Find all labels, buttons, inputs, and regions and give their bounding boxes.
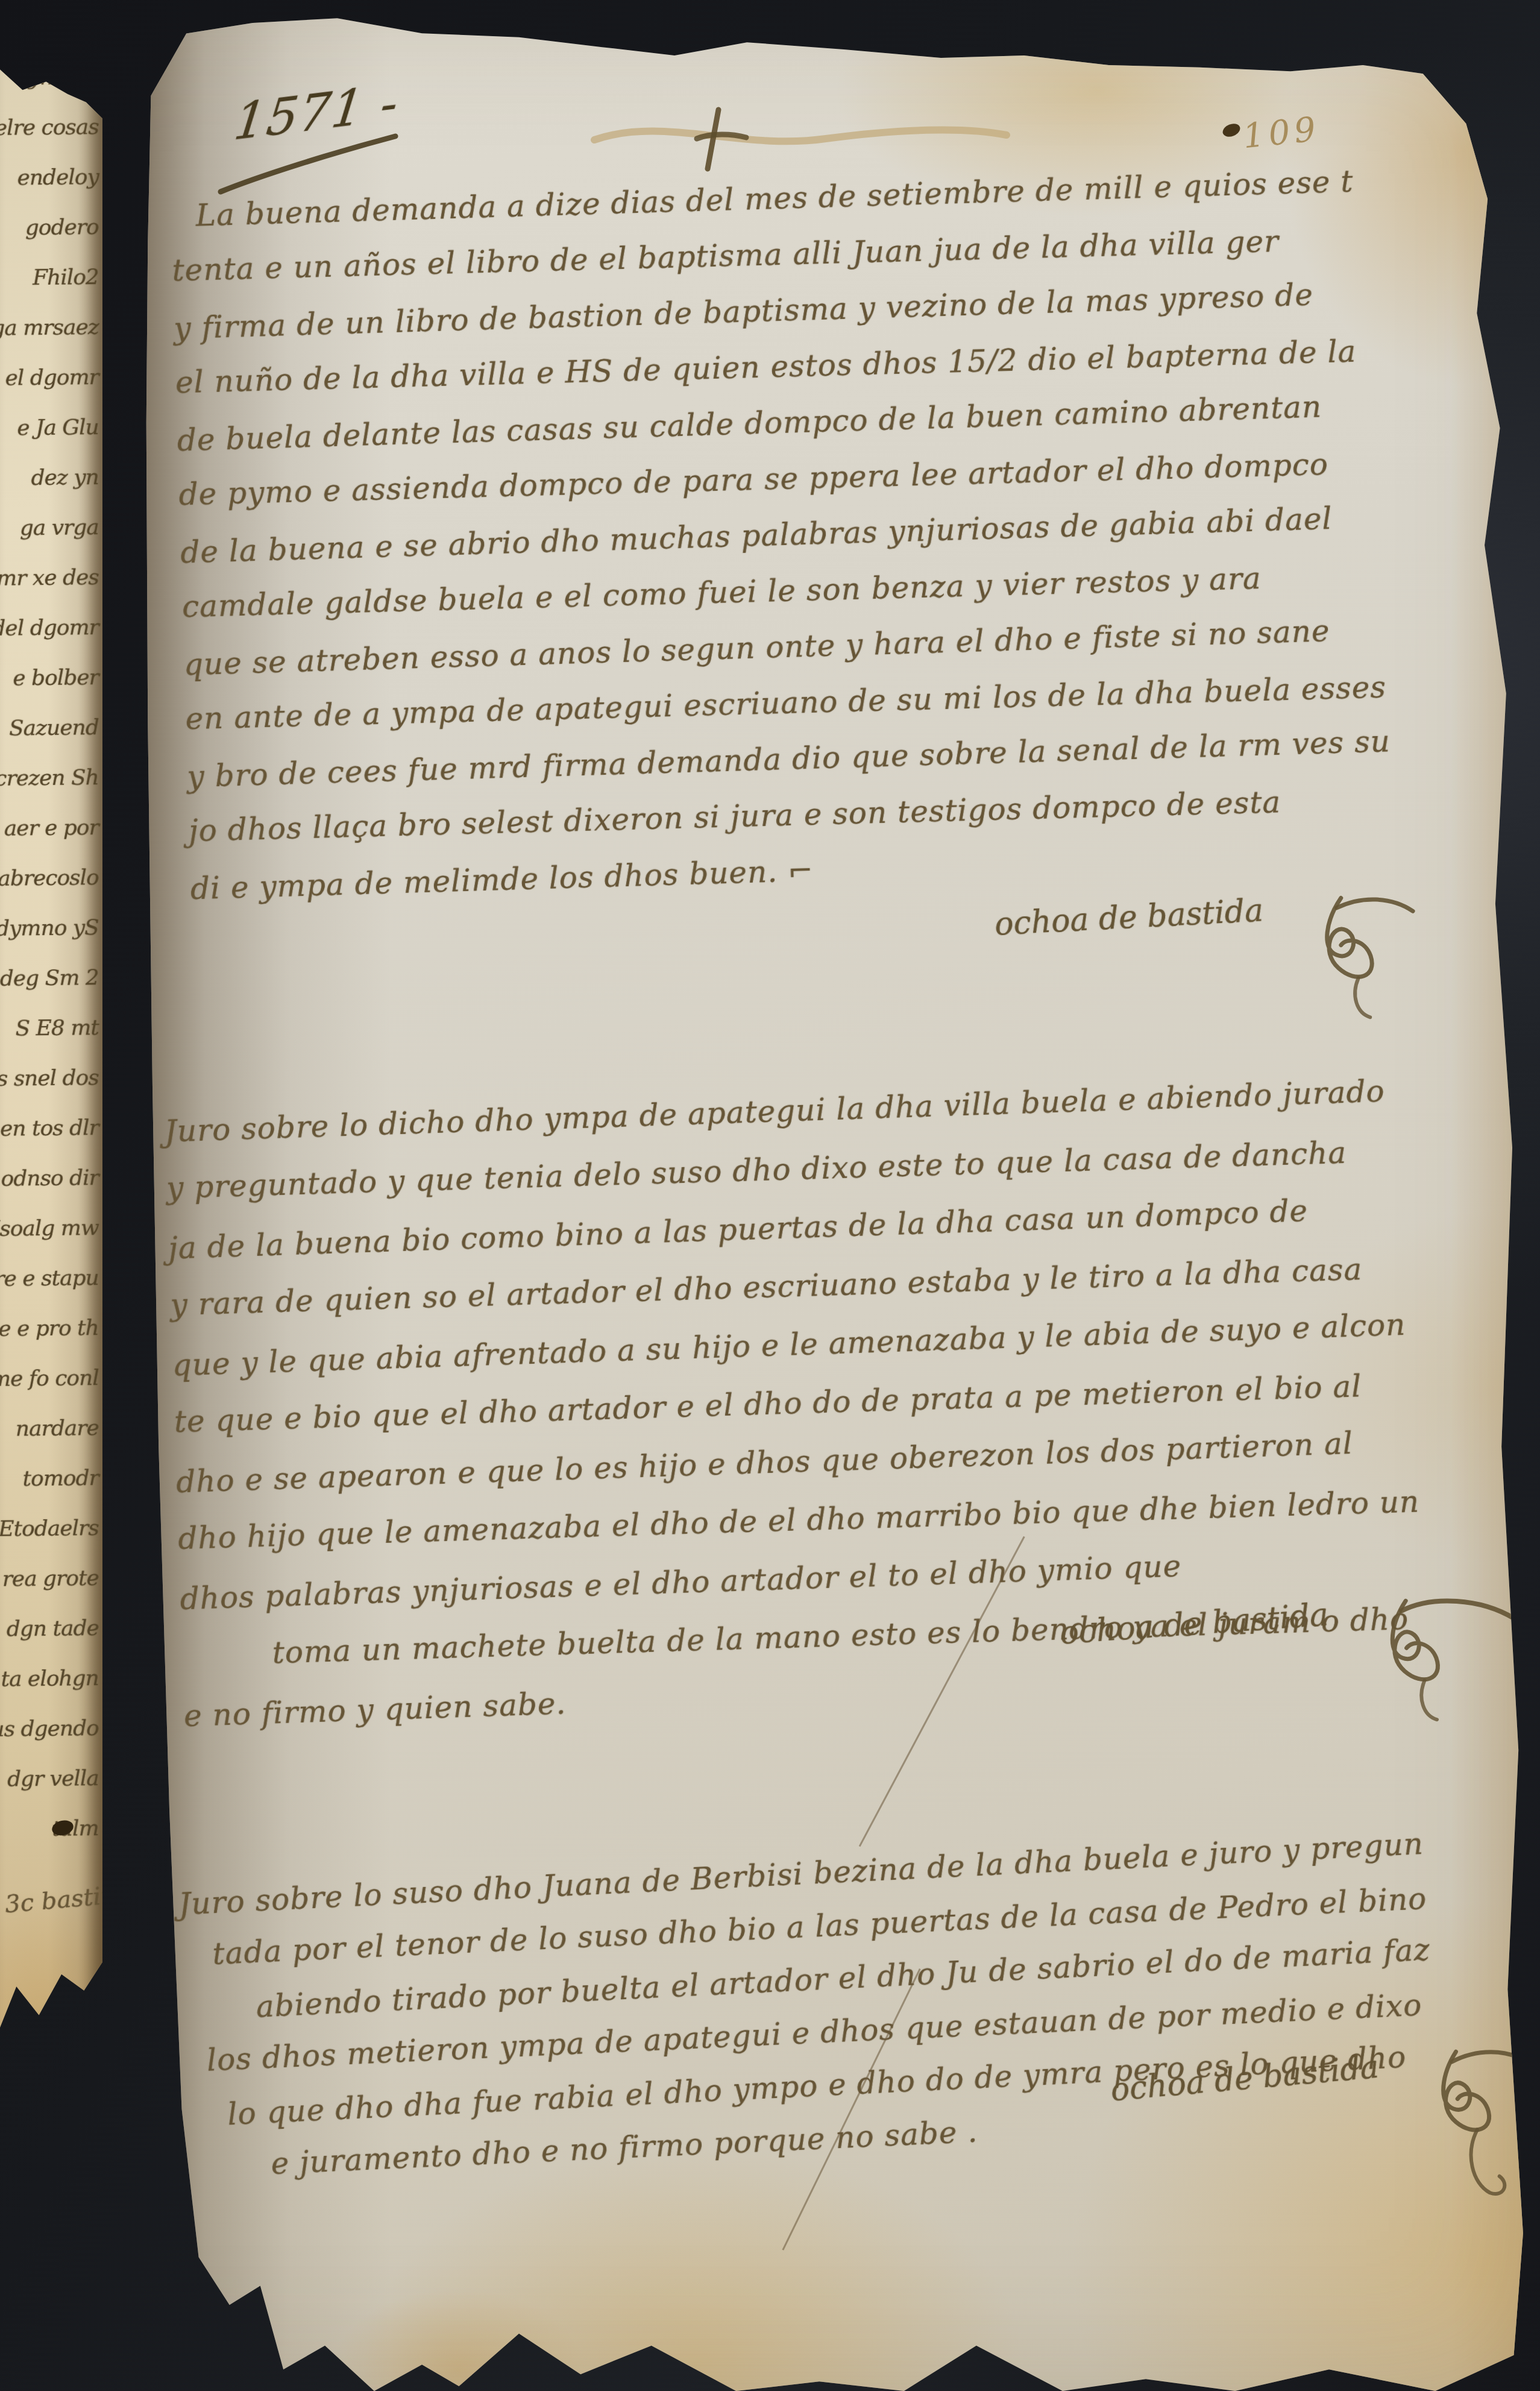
facing-line-fragment: ndymno yS [0, 915, 99, 966]
facing-line-fragment: tomodr [0, 1466, 99, 1517]
year-underline-flourish [217, 128, 404, 200]
facing-line-fragment: del dgomr [0, 615, 99, 666]
facing-line-fragment: Fhilo2 [0, 265, 99, 316]
folio-number: 109 [1241, 109, 1322, 156]
facing-line-fragment: Zsoalg mw [0, 1215, 99, 1267]
facing-line-fragment: e Ja Glu [0, 415, 99, 466]
facing-line-fragment: dgn tade [0, 1616, 99, 1667]
facing-line-fragment: el dgomr [0, 365, 99, 416]
signature-rubric-icon [1348, 1590, 1526, 1734]
facing-line-fragment: Sazuend [0, 715, 99, 766]
facing-line-fragment: me fo conl [0, 1366, 99, 1417]
facing-line-fragment: godero [0, 215, 99, 266]
signature-rubric-icon [1398, 2042, 1540, 2210]
facing-line-fragment: Etodaelrs [0, 1516, 99, 1567]
facing-line-fragment: dez yn [0, 465, 99, 516]
entry-3-lines: Juro sobre lo suso dho Juana de Berbisi … [178, 1826, 1439, 2205]
facing-line-fragment: abrecoslo [0, 865, 99, 916]
facing-line-fragment: aer e por [0, 815, 99, 866]
facing-page-text: yntchoelre cosasendeloygoderoFhilo2ga mr… [0, 65, 99, 1866]
facing-line-fragment: S E8 mt [0, 1015, 99, 1066]
facing-line-fragment: rea grote [0, 1566, 99, 1617]
facing-line-fragment: ga mrsaez [0, 315, 99, 366]
facing-line-fragment: crezen Sh [0, 765, 99, 816]
facing-line-fragment: e bolber [0, 665, 99, 716]
invocation-cross-mark [591, 102, 1013, 175]
facing-line-fragment: dgr vella [0, 1766, 99, 1817]
facing-line-fragment: ta elohgn [0, 1666, 99, 1717]
facing-page-edge: yntchoelre cosasendeloygoderoFhilo2ga mr… [0, 0, 102, 2044]
entry-2-lines: Juro sobre lo dicho dho ympa de apategui… [164, 1073, 1427, 1757]
manuscript-photo: yntchoelre cosasendeloygoderoFhilo2ga mr… [0, 0, 1540, 2391]
entry-1-lines: La buena demanda a dize dias del mes de … [170, 163, 1395, 928]
facing-line-fragment: yntcho [0, 65, 99, 116]
facing-line-fragment: endeloy [0, 165, 99, 216]
entry-3: Juro sobre lo suso dho Juana de Berbisi … [178, 1826, 1439, 2205]
facing-line-fragment: nardare [0, 1416, 99, 1467]
facing-line-fragment: hen tos dlr [0, 1115, 99, 1167]
facing-line-fragment: talm [0, 1816, 99, 1867]
manuscript-page: 1571 - 109 La buena demanda a dize dias … [0, 0, 1540, 2391]
entry-1: La buena demanda a dize dias del mes de … [170, 163, 1395, 928]
facing-line-fragment: mr xe des [0, 565, 99, 616]
facing-line-fragment: re e stapu [0, 1265, 99, 1317]
facing-signature-fragment: 3c bastim [4, 1880, 125, 1918]
facing-line-fragment: rus dgendo [0, 1716, 99, 1767]
ink-blot [1221, 121, 1242, 139]
facing-line-fragment: 2 deg Sm [0, 965, 99, 1016]
facing-line-fragment: ga vrga [0, 515, 99, 566]
facing-line-fragment: elre cosas [0, 115, 99, 166]
facing-line-fragment: odnso dir [0, 1165, 99, 1217]
signature-rubric-icon [1283, 890, 1422, 1030]
facing-line-fragment: ge e pro th [0, 1315, 99, 1367]
entry-2: Juro sobre lo dicho dho ympa de apategui… [164, 1073, 1427, 1757]
facing-line-fragment: hs snel dos [0, 1065, 99, 1117]
